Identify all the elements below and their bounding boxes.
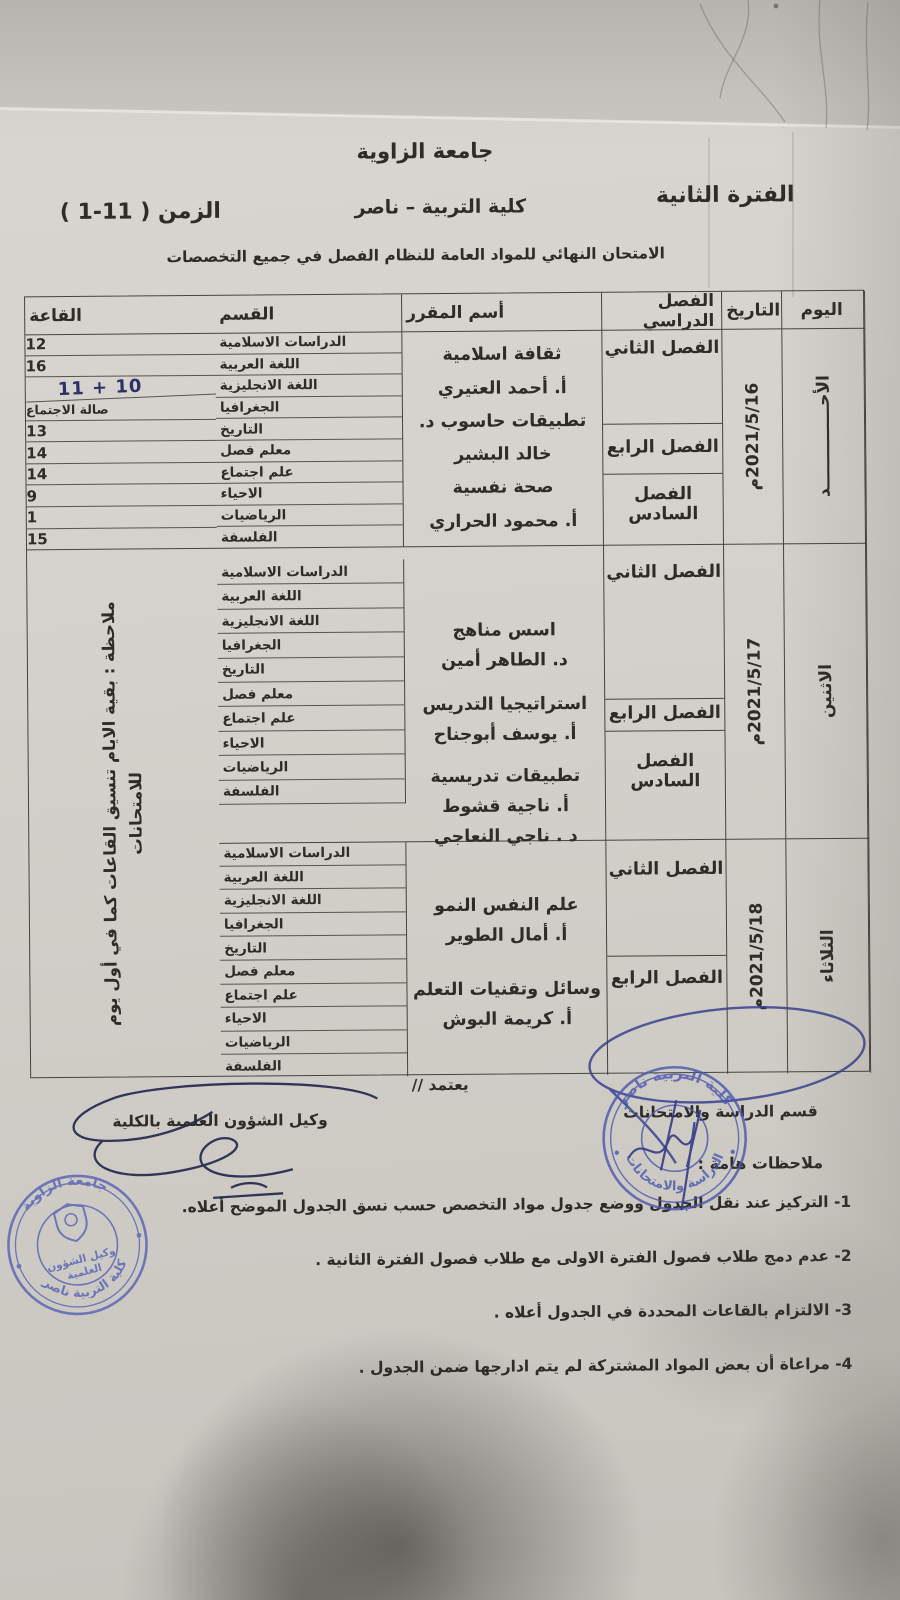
note-line: 1- التركيز عند نقل الجدول ووضع جدول مواد… xyxy=(33,1189,851,1221)
department-cell: الجغرافيا xyxy=(220,912,406,937)
day-cell: الأحــــــــــــــد xyxy=(782,328,867,544)
department-cell: اللغة الانجليزية xyxy=(217,608,403,634)
important-notes-title: ملاحظات هامة : xyxy=(678,1153,843,1173)
header-department: القسم xyxy=(215,294,402,332)
university-title: جامعة الزاوية xyxy=(275,138,575,164)
header-day: اليوم xyxy=(782,291,865,329)
side-note-line: ملاحظة : بقية الايام تنسيق القاعات كما ف… xyxy=(96,601,125,1026)
header-course: أسم المقرر xyxy=(402,293,602,332)
course-line: تطبيقات حاسوب د. xyxy=(403,406,602,438)
department-cell: اللغة العربية xyxy=(215,353,401,376)
room-cell: 14 xyxy=(26,441,216,464)
date-cell: 2021/5/16م xyxy=(722,328,784,543)
period-title: الفترة الثانية xyxy=(635,182,815,208)
department-cell: التاريخ xyxy=(220,936,406,961)
document-content: جامعة الزاوية الفترة الثانية كلية التربي… xyxy=(0,0,900,1600)
exam-time: الزمن ( 11-1 ) xyxy=(45,199,235,225)
department-cell: الرياضيات xyxy=(219,755,405,781)
semester-cell: الفصل الثاني xyxy=(604,544,724,700)
day-block-sunday: 121611 + 10صالة الاجتماع1314149115 الدرا… xyxy=(25,328,867,550)
course-line: د. الطاهر أمين xyxy=(405,645,604,677)
department-cell: الجغرافيا xyxy=(216,396,402,419)
department-column: الدراسات الاسلاميةاللغة العربيةاللغة الا… xyxy=(217,559,406,804)
semester-cell: الفصل الثاني xyxy=(602,329,722,425)
room-cell: 9 xyxy=(27,484,217,507)
department-cell: علم اجتماع xyxy=(218,706,404,732)
exams-department-label: قسم الدراسة والامتحانات xyxy=(600,1102,840,1122)
college-title: كلية التربية – ناصر xyxy=(325,195,555,219)
department-cell: التاريخ xyxy=(218,657,404,683)
department-cell: معلم فصل xyxy=(218,681,404,707)
note-line: 4- مراعاة أن بعض المواد المشتركة لم يتم … xyxy=(34,1351,852,1383)
semester-column: الفصل الثاني الفصل الرابع الفصل السادس xyxy=(602,329,724,545)
exam-subtitle: الامتحان النهائي للمواد العامة للنظام ال… xyxy=(156,244,676,266)
course-line: صحة نفسية xyxy=(403,472,602,504)
department-cell: الاحياء xyxy=(217,483,403,506)
room-cell: 12 xyxy=(25,333,215,356)
department-cell: اللغة العربية xyxy=(220,865,406,890)
course-line: أ. أحمد العتيري xyxy=(403,372,602,404)
department-cell: الرياضيات xyxy=(221,1030,407,1055)
department-cell: اللغة العربية xyxy=(217,584,403,610)
room-cell: 13 xyxy=(26,420,216,443)
semester-cell: الفصل الثاني xyxy=(606,839,726,957)
department-cell: الدراسات الاسلامية xyxy=(219,841,405,866)
department-column: الدراسات الاسلاميةاللغة العربيةاللغة الا… xyxy=(215,331,404,547)
course-line: علم النفس النمو xyxy=(407,890,606,922)
department-cell: الدراسات الاسلامية xyxy=(215,331,401,354)
header-date: التاريخ xyxy=(722,291,782,328)
semester-cell: الفصل الرابع xyxy=(603,424,722,475)
semester-column: الفصل الثاني الفصل الرابع الفصل السادس xyxy=(604,544,726,840)
room-cell: 1 xyxy=(27,506,217,529)
department-column: الدراسات الاسلاميةاللغة العربيةاللغة الا… xyxy=(219,841,408,1077)
header-room: القاعة xyxy=(25,296,215,334)
vice-dean-signature xyxy=(42,1068,393,1211)
course-line: تطبيقات تدريسية xyxy=(406,761,605,793)
course-line: أ. كريمة البوش xyxy=(408,1004,607,1036)
department-cell: معلم فصل xyxy=(220,959,406,984)
note-line: 3- الالتزام بالقاعات المحددة في الجدول أ… xyxy=(34,1297,852,1329)
semester-cell: الفصل الرابع xyxy=(605,699,724,732)
department-cell: التاريخ xyxy=(216,418,402,441)
department-cell: الاحياء xyxy=(221,1007,407,1032)
department-cell: علم اجتماع xyxy=(220,983,406,1008)
department-cell: الاحياء xyxy=(218,730,404,756)
side-note-line: للامتحانات xyxy=(122,601,151,1026)
course-line: خالد البشير xyxy=(403,439,602,471)
department-cell: معلم فصل xyxy=(216,439,402,462)
course-line: أ. ناجية قشوط xyxy=(406,791,605,823)
date-cell: 2021/5/18م xyxy=(726,838,788,1073)
department-cell: الدراسات الاسلامية xyxy=(217,559,403,585)
department-cell: الفلسفة xyxy=(219,779,405,805)
department-cell: الفلسفة xyxy=(217,526,403,548)
photographed-document: جامعة الزاوية الفترة الثانية كلية التربي… xyxy=(0,0,900,1600)
department-cell: الجغرافيا xyxy=(218,633,404,659)
course-column: ثقافة اسلاميةأ. أحمد العتيريتطبيقات حاسو… xyxy=(402,330,604,547)
important-notes-list: 1- التركيز عند نقل الجدول ووضع جدول مواد… xyxy=(33,1189,853,1411)
room-cell: 14 xyxy=(26,463,216,486)
header-semester: الفصل الدراسي xyxy=(602,292,722,330)
semester-cell: الفصل الرابع xyxy=(607,956,727,1075)
date-cell: 2021/5/17م xyxy=(724,543,786,838)
rooms-side-note: ملاحظة : بقية الايام تنسيق القاعات كما ف… xyxy=(28,551,219,1076)
department-cell: علم اجتماع xyxy=(216,461,402,484)
department-cell: الرياضيات xyxy=(217,504,403,527)
department-cell: الفلسفة xyxy=(221,1054,407,1078)
course-line: أ. يوسف أبوجناح xyxy=(405,719,604,751)
course-line: اسس مناهج xyxy=(405,615,604,647)
approved-label: يعتمد // xyxy=(370,1076,510,1095)
exam-schedule-table: القاعة القسم أسم المقرر الفصل الدراسي ال… xyxy=(24,290,870,1079)
course-line: أ. محمود الحراري xyxy=(404,505,603,537)
course-line: استراتيجيا التدريس xyxy=(405,689,604,721)
semester-cell: الفصل السادس xyxy=(605,731,725,840)
semester-cell: الفصل السادس xyxy=(603,474,723,545)
day-cell: الاثنين xyxy=(784,543,869,839)
day-cell: الثلاثاء xyxy=(786,838,871,1074)
semester-column: الفصل الثاني الفصل الرابع xyxy=(606,839,728,1075)
department-cell: اللغة الانجليزية xyxy=(216,375,402,398)
course-column: علم النفس النموأ. أمال الطويروسائل وتقني… xyxy=(406,840,608,1077)
course-line: أ. أمال الطوير xyxy=(407,920,606,952)
room-column: 121611 + 10صالة الاجتماع1314149115 xyxy=(25,333,217,549)
room-cell: 15 xyxy=(27,527,217,549)
course-line: ثقافة اسلامية xyxy=(402,339,601,371)
course-line: وسائل وتقنيات التعلم xyxy=(407,974,606,1006)
vice-dean-label: وكيل الشؤون العلمية بالكلية xyxy=(97,1111,342,1131)
course-column: اسس مناهجد. الطاهر أميناستراتيجيا التدري… xyxy=(404,545,606,842)
note-line: 2- عدم دمج طلاب فصول الفترة الاولى مع طل… xyxy=(34,1243,852,1275)
department-cell: اللغة الانجليزية xyxy=(220,889,406,914)
